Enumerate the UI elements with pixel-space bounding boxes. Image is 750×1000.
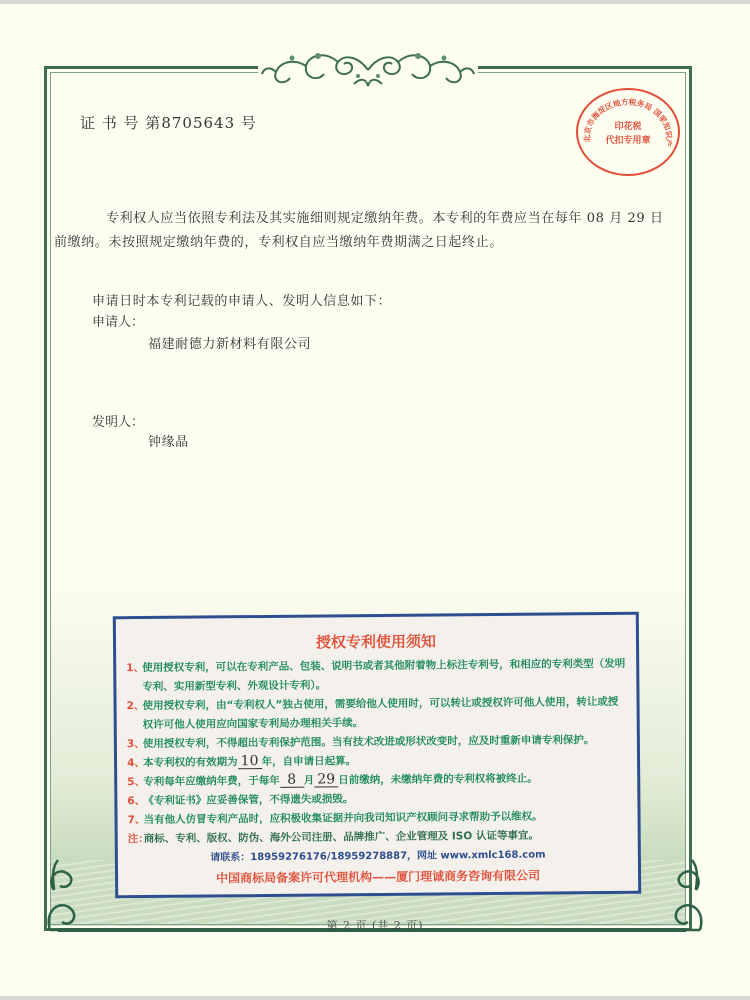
notice-item-number: 7、 <box>127 811 145 830</box>
notice-item-text: 使用授权专利，由“专利权人”独占使用，需要给他人使用时，可以转让或授权许可他人使… <box>143 696 619 731</box>
notice-item-text: 专利每年应缴纳年费，于每年 <box>143 775 280 788</box>
notice-agency: 中国商标局备案许可代理机构——厦门理诚商务咨询有限公司 <box>128 864 628 890</box>
notice-item: 1、 使用授权专利，可以在专利产品、包装、说明书或者其他附着物上标注专利号，和相… <box>126 655 626 697</box>
notice-item: 2、 使用授权专利，由“专利权人”独占使用，需要给他人使用时，可以转让或授权许可… <box>126 693 626 735</box>
applicant-name: 福建耐德力新材料有限公司 <box>148 333 311 352</box>
notice-note-label: 注： <box>128 830 149 849</box>
notice-item-number: 4、 <box>127 754 145 773</box>
stamp-line2: 代扣专用章 <box>578 134 678 148</box>
notice-note-text: 商标、专利、版权、防伪、海外公司注册、品牌推广、企业管理及 ISO 认证等事宜。 <box>144 830 539 845</box>
notice-item-text: 本专利权的有效期为 <box>143 756 238 769</box>
notice-item-text: 日前缴纳，未缴纳年费的专利权将被终止。 <box>338 773 538 787</box>
notice-item-number: 6、 <box>127 792 145 811</box>
notice-item-text: 《专利证书》应妥善保管，不得遗失或损毁。 <box>143 793 353 807</box>
certificate-number: 证 书 号 第8705643 号 <box>80 112 257 133</box>
scan-edge-top <box>0 0 750 4</box>
parties-heading: 申请日时本专利记载的申请人、发明人信息如下： <box>92 290 391 309</box>
fee-month-handwritten: 8 <box>280 773 304 788</box>
fee-paragraph-line2: 前缴纳。未按照规定缴纳年费的，专利权自应当缴纳年费期满之日起终止。 <box>80 231 680 255</box>
notice-item-number: 3、 <box>127 735 145 754</box>
inventor-name: 钟缘晶 <box>148 431 189 450</box>
inventor-label: 发明人： <box>92 411 144 430</box>
stamp-center-text: 印花税 代扣专用章 <box>578 120 678 148</box>
notice-item-number: 5、 <box>127 773 145 792</box>
fee-day-handwritten: 29 <box>314 772 338 787</box>
page-number: 第 2 页 (共 2 页) <box>0 917 750 933</box>
fee-paragraph-line1: 专利权人应当依照专利法及其实施细则规定缴纳年费。本专利的年费应当在每年 08 月… <box>106 211 664 226</box>
top-ornament-icon <box>258 48 478 94</box>
certificate-number-label: 证 书 号 第 <box>80 114 161 132</box>
notice-item-text: 使用授权专利，不得超出专利保护范围。当有技术改进或形状改变时，应及时重新申请专利… <box>143 734 595 750</box>
applicant-label: 申请人： <box>92 311 144 330</box>
stamp-line1: 印花税 <box>578 120 678 134</box>
notice-item-text: 使用授权专利，可以在专利产品、包装、说明书或者其他附着物上标注专利号，和相应的专… <box>142 658 625 693</box>
certificate-number-suffix: 号 <box>241 114 257 132</box>
notice-title: 授权专利使用须知 <box>116 629 636 655</box>
notice-list: 1、 使用授权专利，可以在专利产品、包装、说明书或者其他附着物上标注专利号，和相… <box>126 655 628 890</box>
tax-stamp: 北京市海淀区地方税务局 国家知识产权局 印花税 代扣专用章 <box>576 88 680 176</box>
notice-item-number: 2、 <box>126 697 144 716</box>
notice-item-text: 当有他人仿冒专利产品时，应积极收集证据并向我司知识产权顾问寻求帮助予以维权。 <box>144 811 543 826</box>
notice-item-text: 年，自申请日起算。 <box>262 755 357 768</box>
notice-item-number: 1、 <box>126 659 144 678</box>
certificate-number-value: 8705643 <box>161 114 235 132</box>
month-label: 月 <box>304 775 315 787</box>
patent-usage-notice: 授权专利使用须知 1、 使用授权专利，可以在专利产品、包装、说明书或者其他附着物… <box>113 612 641 899</box>
fee-paragraph: 专利权人应当依照专利法及其实施细则规定缴纳年费。本专利的年费应当在每年 08 月… <box>80 207 680 255</box>
validity-years-handwritten: 10 <box>237 754 261 769</box>
scan-edge-bottom <box>0 996 750 1000</box>
